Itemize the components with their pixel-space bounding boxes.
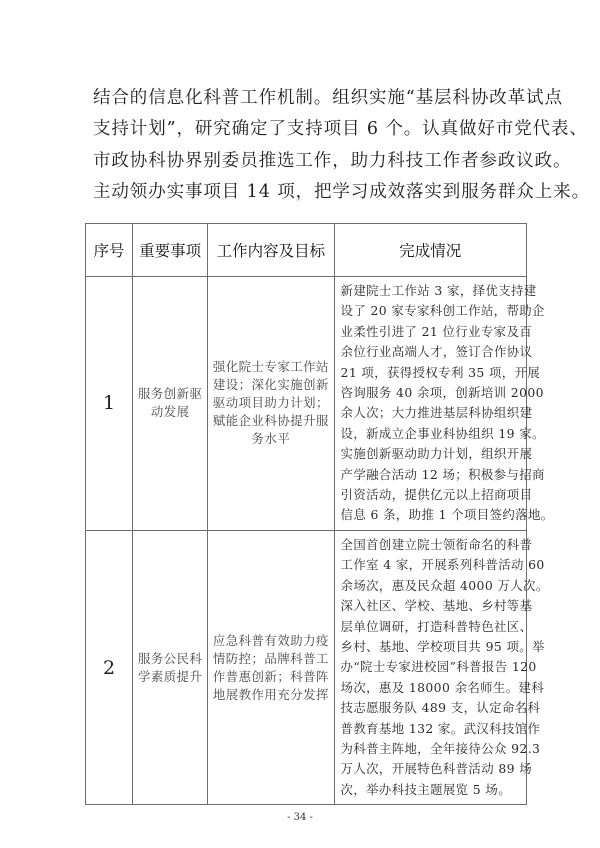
cell-work-content: 强化院士专家工作站建设；深化实施创新驱动项目助力计划；赋能企业科协提升服务水平 xyxy=(208,277,334,531)
cell-key-item: 服务公民科学素质提升 xyxy=(133,530,208,804)
status-line: 新建院士工作站 3 家，择优支持建 xyxy=(341,281,522,301)
status-line: 设，新成立企事业科协组织 19 家。 xyxy=(341,424,522,444)
completion-status-text: 全国首创建立院士领衔命名的科普 工作室 4 家，开展系列科普活动 60 余场次，… xyxy=(335,531,526,804)
status-line: 深入社区、学校、基地、乡村等基 xyxy=(341,596,522,616)
status-line: 21 项，获得授权专利 35 项，开展 xyxy=(341,363,522,383)
cell-completion-status: 新建院士工作站 3 家，择优支持建 设了 20 家专家科创工作站，帮助企 业柔性… xyxy=(334,277,526,531)
work-progress-table: 序号 重要事项 工作内容及目标 完成情况 1 服务创新驱动发展 强化院士专家工作… xyxy=(85,223,527,805)
table-header-row: 序号 重要事项 工作内容及目标 完成情况 xyxy=(86,224,527,277)
cell-work-content: 应急科普有效助力疫情防控；品牌科普工作普惠创新；科普阵地展教作用充分发挥 xyxy=(208,530,334,804)
body-paragraph: 结合的信息化科普工作机制。组织实施“基层科协改革试点 支持计划”，研究确定了支持… xyxy=(93,83,533,208)
status-line: 咨询服务 40 余项，创新培训 2000 xyxy=(341,383,522,403)
table-row: 2 服务公民科学素质提升 应急科普有效助力疫情防控；品牌科普工作普惠创新；科普阵… xyxy=(86,530,527,804)
status-line: 普教育基地 132 家。武汉科技馆作 xyxy=(341,719,522,739)
status-line: 场次，惠及 18000 余名师生。建科 xyxy=(341,678,522,698)
header-completion-status: 完成情况 xyxy=(334,224,526,277)
status-line: 引资活动，提供亿元以上招商项目 xyxy=(341,485,522,505)
key-item-text: 服务公民科学素质提升 xyxy=(133,650,207,686)
paragraph-line: 主动领办实事项目 14 项，把学习成效落实到服务群众上来。 xyxy=(93,177,533,208)
paragraph-line: 市政协科协界别委员推选工作，助力科技工作者参政议政。 xyxy=(93,146,533,177)
status-line: 万人次，开展特色科普活动 89 场 xyxy=(341,759,522,779)
status-line: 全国首创建立院士领衔命名的科普 xyxy=(341,535,522,555)
key-item-text: 服务创新驱动发展 xyxy=(133,385,207,421)
status-line: 信息 6 条，助推 1 个项目签约落地。 xyxy=(341,505,522,525)
cell-serial-number: 2 xyxy=(86,530,133,804)
status-line: 业柔性引进了 21 位行业专家及百 xyxy=(341,322,522,342)
status-line: 层单位调研，打造科普特色社区、 xyxy=(341,617,522,637)
header-key-item: 重要事项 xyxy=(133,224,208,277)
status-line: 技志愿服务队 489 支，认定命名科 xyxy=(341,698,522,718)
status-line: 设了 20 家专家科创工作站，帮助企 xyxy=(341,301,522,321)
status-line: 工作室 4 家，开展系列科普活动 60 xyxy=(341,555,522,575)
status-line: 余场次，惠及民众超 4000 万人次。 xyxy=(341,576,522,596)
page-number: - 34 - xyxy=(0,812,600,823)
status-line: 产学融合活动 12 场；积极参与招商 xyxy=(341,465,522,485)
status-line: 余人次；大力推进基层科协组织建 xyxy=(341,403,522,423)
status-line: 余位行业高端人才，签订合作协议 xyxy=(341,342,522,362)
status-line: 次，举办科技主题展览 5 场。 xyxy=(341,780,522,800)
status-line: 实施创新驱动助力计划，组织开展 xyxy=(341,444,522,464)
table-row: 1 服务创新驱动发展 强化院士专家工作站建设；深化实施创新驱动项目助力计划；赋能… xyxy=(86,277,527,531)
header-serial-number: 序号 xyxy=(86,224,133,277)
paragraph-line: 支持计划”，研究确定了支持项目 6 个。认真做好市党代表、 xyxy=(93,114,533,145)
status-line: 办“院士专家进校园”科普报告 120 xyxy=(341,657,522,677)
status-line: 乡村、基地、学校项目共 95 项。举 xyxy=(341,637,522,657)
cell-key-item: 服务创新驱动发展 xyxy=(133,277,208,531)
status-line: 为科普主阵地，全年接待公众 92.3 xyxy=(341,739,522,759)
paragraph-line: 结合的信息化科普工作机制。组织实施“基层科协改革试点 xyxy=(93,83,533,114)
completion-status-text: 新建院士工作站 3 家，择优支持建 设了 20 家专家科创工作站，帮助企 业柔性… xyxy=(335,277,526,530)
work-content-text: 强化院士专家工作站建设；深化实施创新驱动项目助力计划；赋能企业科协提升服务水平 xyxy=(208,358,333,448)
cell-completion-status: 全国首创建立院士领衔命名的科普 工作室 4 家，开展系列科普活动 60 余场次，… xyxy=(334,530,526,804)
cell-serial-number: 1 xyxy=(86,277,133,531)
work-content-text: 应急科普有效助力疫情防控；品牌科普工作普惠创新；科普阵地展教作用充分发挥 xyxy=(208,632,333,704)
header-work-content: 工作内容及目标 xyxy=(208,224,334,277)
